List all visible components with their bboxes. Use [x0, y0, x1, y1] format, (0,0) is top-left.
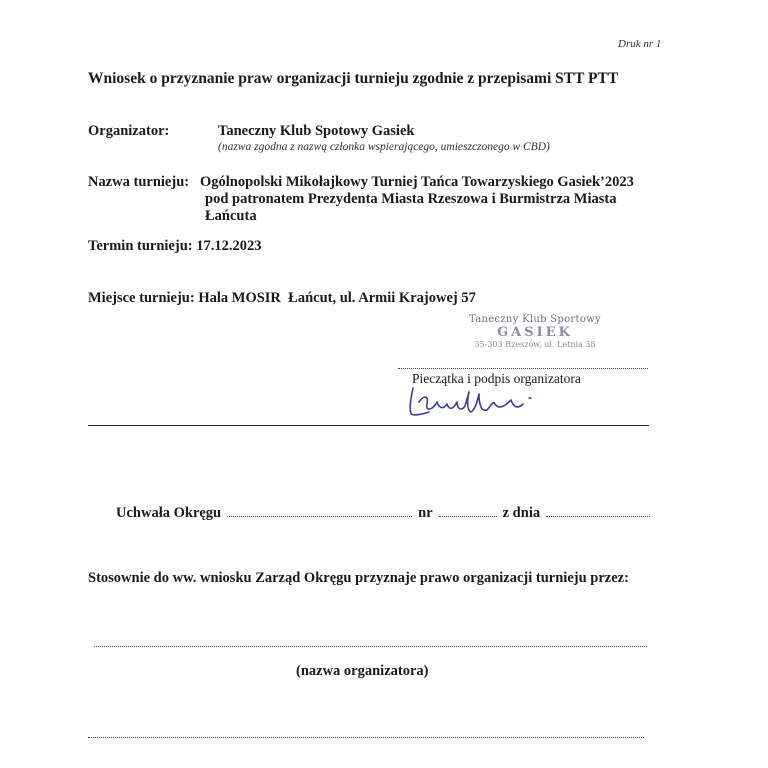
form-number: Druk nr 1 — [618, 38, 661, 50]
organizer-note: (nazwa zgodna z nazwą członka wspierając… — [218, 141, 550, 153]
grant-statement: Stosownie do ww. wniosku Zarząd Okręgu p… — [88, 570, 629, 587]
date-value: 17.12.2023 — [196, 238, 261, 254]
stamp-line2: GASIEK — [455, 325, 615, 340]
tournament-venue: Miejsce turnieju: Hala MOSIR Łańcut, ul.… — [88, 290, 476, 307]
resolution-blank — [227, 516, 412, 517]
tournament-name-line2: pod patronatem Prezydenta Miasta Rzeszow… — [205, 191, 616, 208]
resolution-label: Uchwała Okręgu — [116, 505, 221, 522]
date-label: Termin turnieju: — [88, 238, 193, 254]
organizer-value: Taneczny Klub Spotowy Gasiek — [218, 123, 414, 140]
venue-label: Miejsce turnieju: — [88, 290, 195, 306]
stamp-line1: Taneczny Klub Sportowy — [455, 314, 615, 325]
resolution-nr-blank — [439, 516, 497, 517]
document-title: Wniosek o przyznanie praw organizacji tu… — [88, 70, 618, 88]
tournament-date: Termin turnieju: 17.12.2023 — [88, 238, 261, 255]
tournament-name-line3: Łańcuta — [205, 208, 257, 225]
venue-value: Hala MOSIR Łańcut, ul. Armii Krajowej 57 — [198, 290, 476, 306]
resolution-nr-label: nr — [418, 505, 433, 522]
stamp-line3: 35-303 Rzeszów, ul. Letnia 38 — [455, 340, 615, 349]
resolution-date-label: z dnia — [503, 505, 540, 522]
organizer-label: Organizator: — [88, 123, 169, 140]
organizer-name-caption: (nazwa organizatora) — [296, 663, 428, 680]
tournament-name-label: Nazwa turnieju: — [88, 174, 189, 191]
organizer-stamp: Taneczny Klub Sportowy GASIEK 35-303 Rze… — [455, 314, 615, 349]
section-divider — [88, 425, 649, 426]
organizer-name-blank — [94, 646, 647, 647]
second-blank-line — [88, 737, 644, 738]
resolution-date-blank — [546, 516, 650, 517]
signature-dotted-line — [398, 368, 648, 369]
tournament-name-line1: Ogólnopolski Mikołajkowy Turniej Tańca T… — [200, 174, 634, 191]
resolution-line: Uchwała Okręgu nr z dnia — [116, 505, 650, 522]
handwritten-signature — [405, 384, 545, 420]
